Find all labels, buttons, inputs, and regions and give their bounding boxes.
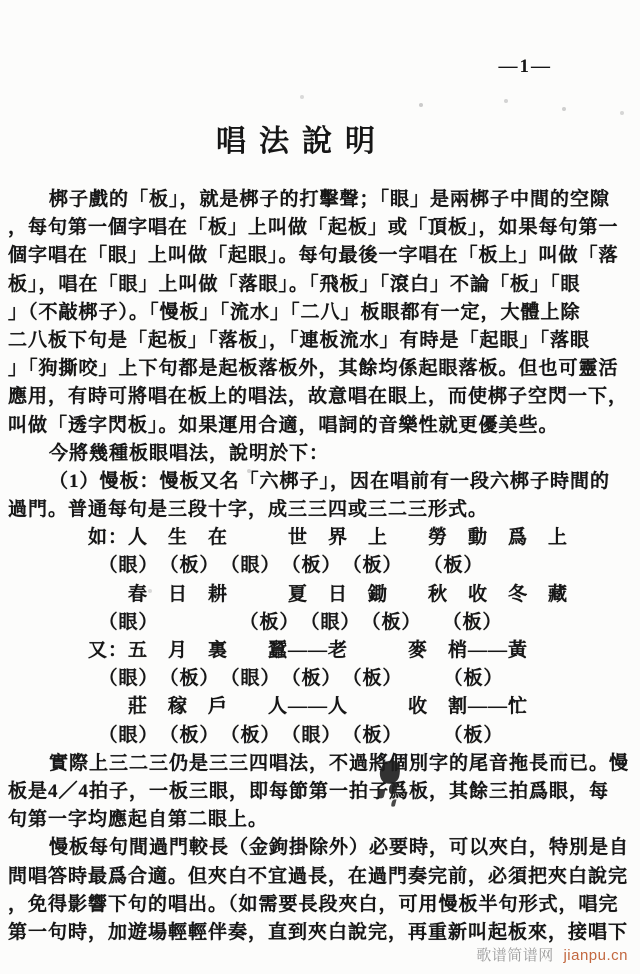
watermark-site-name: 歌谱简谱网: [476, 947, 554, 964]
paragraph-line: （1）慢板：慢板又名「六梆子」，因在唱前有一段六梆子時間的: [8, 468, 638, 496]
paragraph-line: 慢板每句間過門較長（金鉤掛除外）必要時，可以夾白，特別是自: [8, 834, 638, 862]
paragraph-line: 問唱答時最爲合適。但夾白不宜過長，在過門奏完前，必須把夾白說完: [8, 863, 638, 891]
body-text: 梆子戲的「板」，就是梆子的打擊聲；「眼」是兩梆子中間的空隙 ，每句第一個字唱在「…: [8, 186, 638, 947]
paragraph-line: 」（不敲梆子）。「慢板」「流水」「二八」板眼都有一定，大體上除: [8, 299, 638, 327]
paragraph-line: 二八板下句是「起板」「落板」，「連板流水」有時是「起眼」「落眼: [8, 327, 638, 355]
paragraph-line: 今將幾種板眼唱法，說明於下：: [8, 440, 638, 468]
verse-line: 又：五 月 裏 蠶——老 麥 梢——黃: [8, 637, 638, 665]
paragraph-line: 過門。普通每句是三段十字，成三三四或三二三形式。: [8, 496, 638, 524]
scanned-document-page: —1— 唱法說明 梆子戲的「板」，就是梆子的打擊聲；「眼」是兩梆子中間的空隙 ，…: [0, 0, 640, 974]
paragraph-line: 梆子戲的「板」，就是梆子的打擊聲；「眼」是兩梆子中間的空隙: [8, 186, 638, 214]
paragraph-line: 實際上三二三仍是三三四唱法，不過將個別字的尾音拖長而已。慢: [8, 750, 638, 778]
paragraph-line: 第一句時，加遊場輕輕伴奏，直到夾白說完，再重新叫起板來，接唱下: [8, 919, 638, 947]
beat-annotation-line: （眼） （板） （眼） （板） （板） （板）: [8, 665, 638, 693]
verse-line: 如：人 生 在 世 界 上 勞 動 爲 上: [8, 524, 638, 552]
beat-annotation-line: （眼） （板） （板） （眼） （板） （板）: [8, 722, 638, 750]
watermark: 歌谱简谱网 jianpu.cn: [476, 944, 628, 965]
document-title: 唱法說明: [216, 116, 388, 160]
paragraph-line: 板」，唱在「眼」上叫做「落眼」。「飛板」「滾白」不論「板」「眼: [8, 271, 638, 299]
verse-line: 莊 稼 戶 人——人 收 割——忙: [8, 693, 638, 721]
paragraph-line: 板是4／4拍子，一板三眼，即每節第一拍子爲板，其餘三拍爲眼，每: [8, 778, 638, 806]
watermark-site-url: jianpu.cn: [563, 947, 628, 964]
paragraph-line: 句第一字均應起自第二眼上。: [8, 806, 638, 834]
verse-line: 春 日 耕 夏 日 鋤 秋 收 冬 藏: [8, 581, 638, 609]
paragraph-line: 」「狗撕咬」上下句都是起板落板外，其餘均係起眼落板。但也可靈活: [8, 355, 638, 383]
beat-annotation-line: （眼） （板） （眼） （板） （板） （板）: [8, 552, 638, 580]
paragraph-line: 應用，有時可將唱在板上的唱法，故意唱在眼上，而使梆子空閃一下，: [8, 383, 638, 411]
paragraph-line: 叫做「透字閃板」。如果運用合適，唱詞的音樂性就更優美些。: [8, 412, 638, 440]
paragraph-line: ，免得影響下句的唱出。（如需要長段夾白，可用慢板半句形式，唱完: [8, 891, 638, 919]
paragraph-line: ，每句第一個字唱在「板」上叫做「起板」或「頂板」，如果每句第一: [8, 214, 638, 242]
page-number: —1—: [499, 56, 553, 78]
paper-specks: [0, 0, 2, 2]
paragraph-line: 個字唱在「眼」上叫做「起眼」。每句最後一字唱在「板上」叫做「落: [8, 242, 638, 270]
beat-annotation-line: （眼） （板） （眼） （板） （板）: [8, 609, 638, 637]
